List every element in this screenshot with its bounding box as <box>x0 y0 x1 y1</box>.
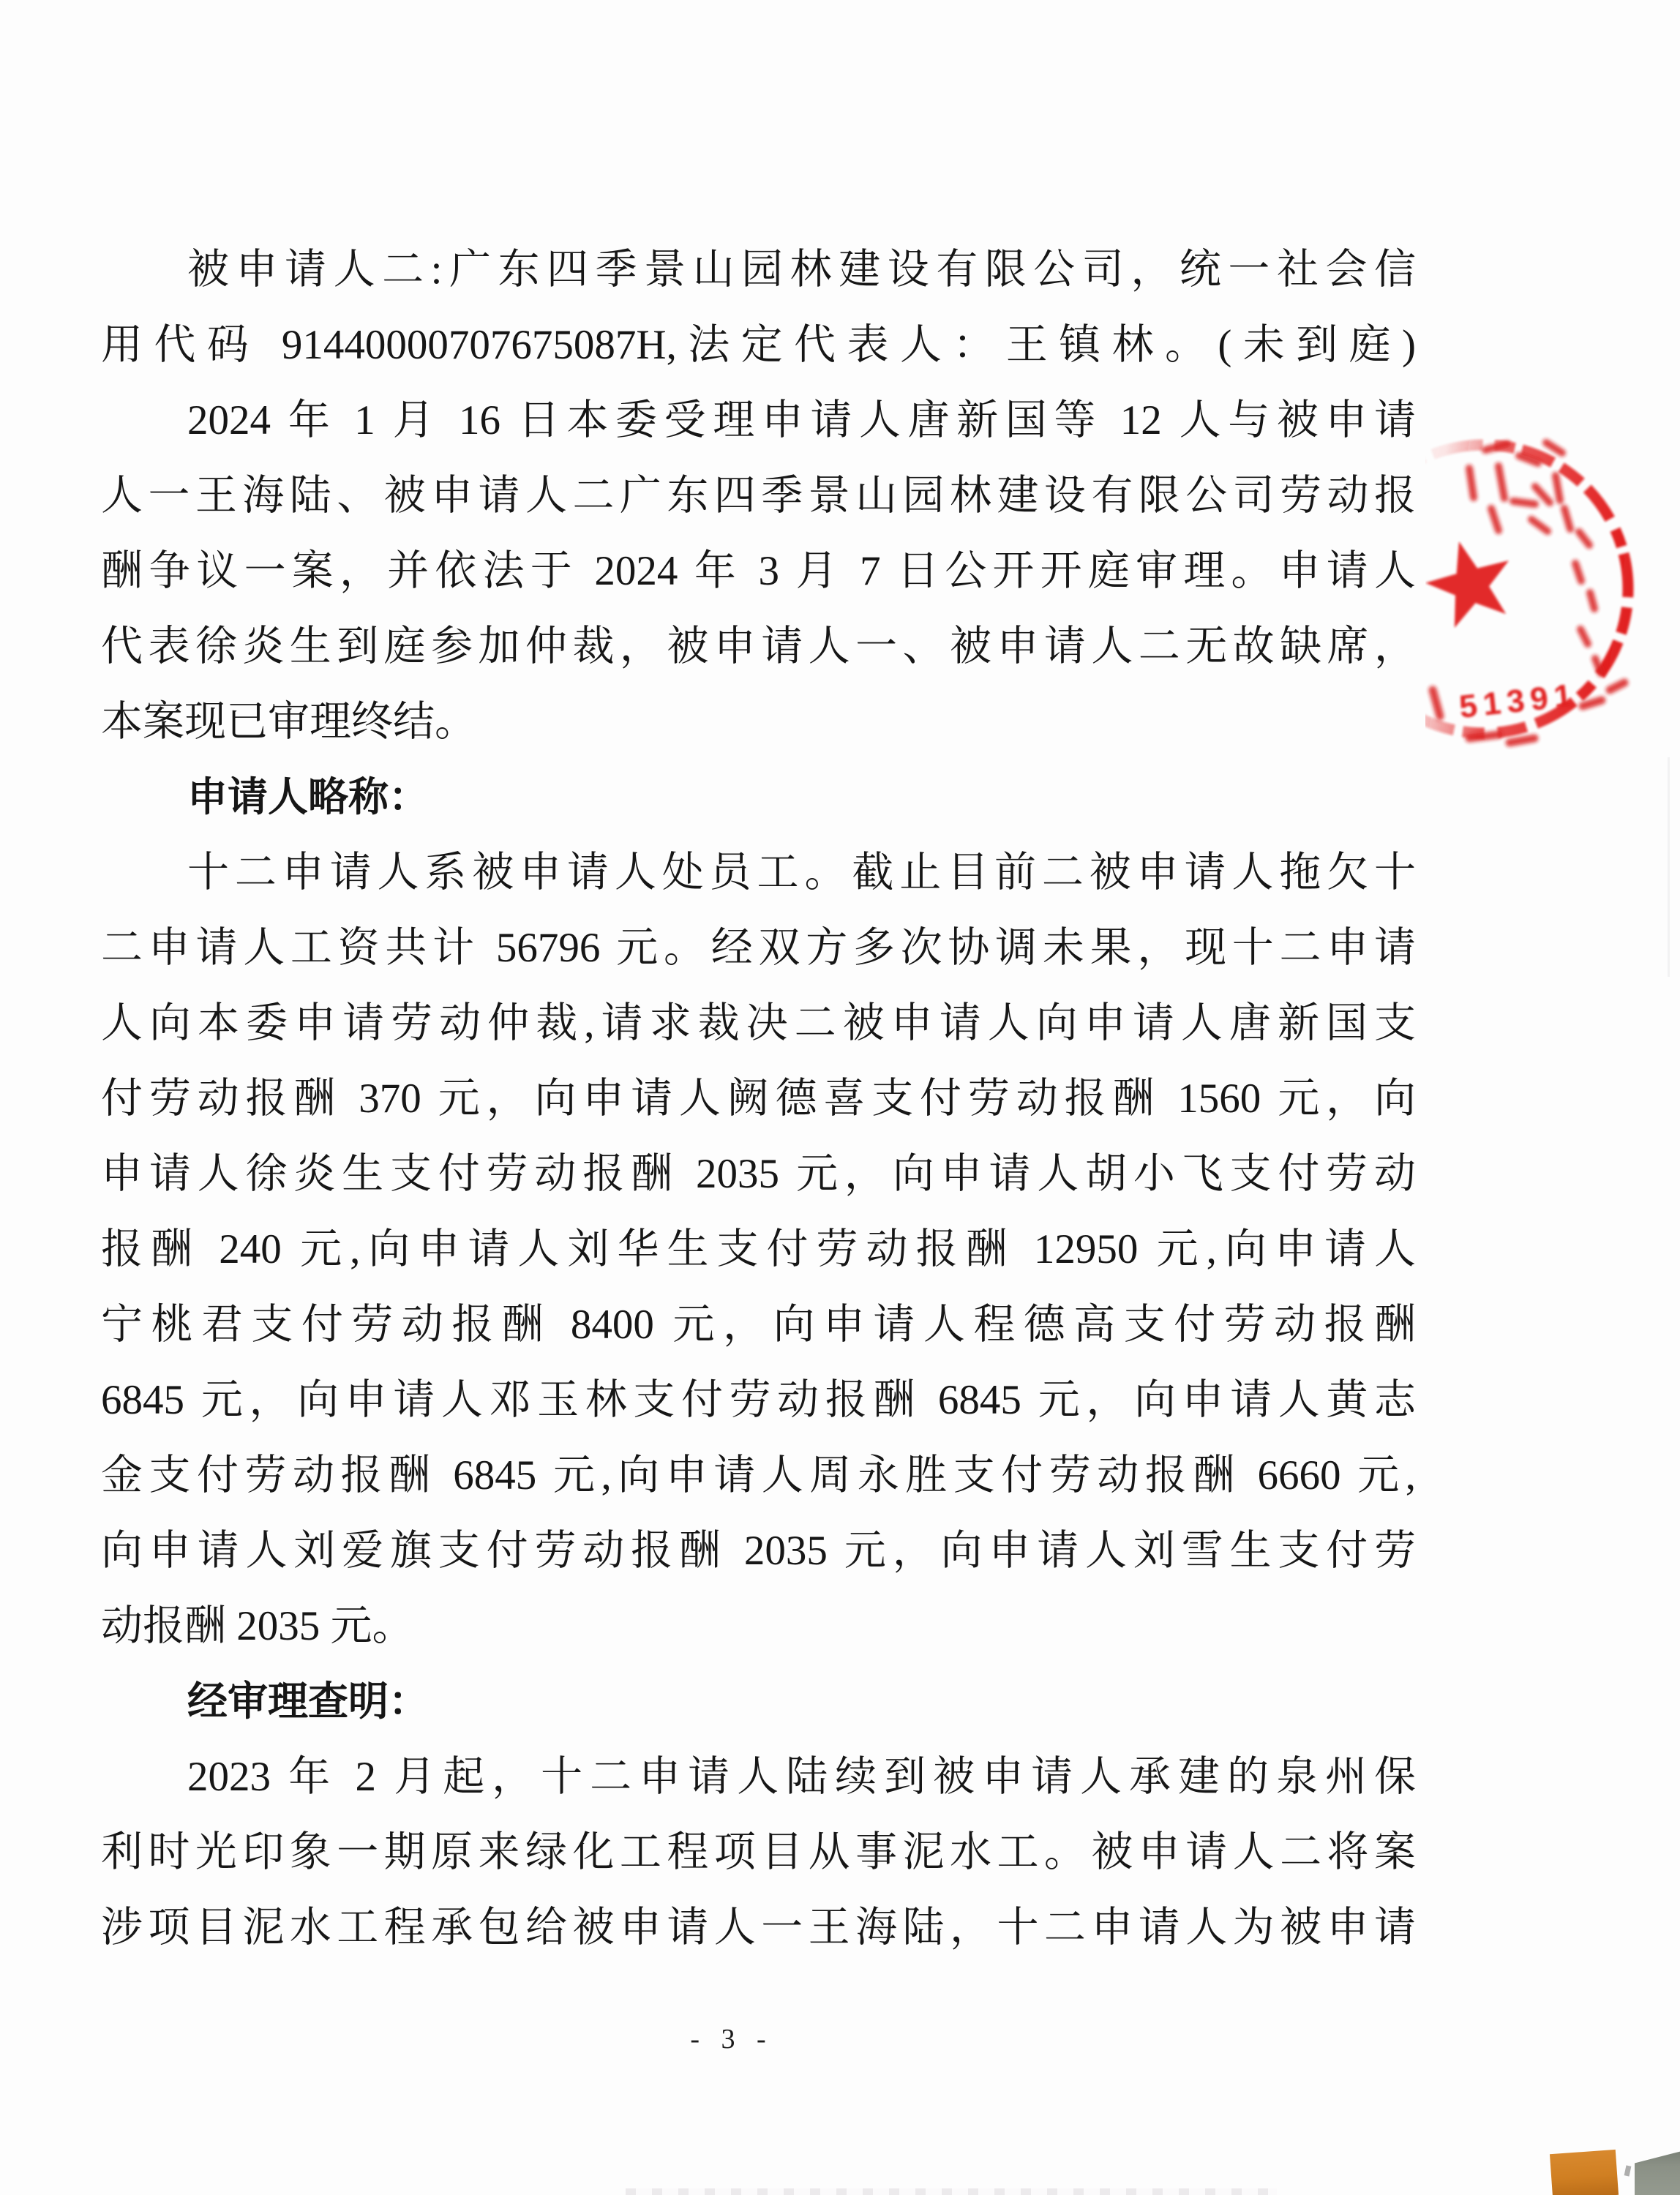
page-number: - 3 - <box>629 2023 834 2055</box>
doc-line: 金支付劳动报酬 6845 元,向申请人周永胜支付劳动报酬 6660 元, <box>101 1438 1416 1513</box>
doc-line: 2024 年 1 月 16 日本委受理申请人唐新国等 12 人与被申请 <box>101 383 1416 458</box>
doc-line: 向申请人刘爱旗支付劳动报酬 2035 元，向申请人刘雪生支付劳 <box>101 1513 1416 1588</box>
doc-line: 本案现已审理终结。 <box>101 684 1416 759</box>
doc-line: 二申请人工资共计 56796 元。经双方多次协调未果，现十二申请 <box>101 910 1416 986</box>
doc-line: 利时光印象一期原来绿化工程项目从事泥水工。被申请人二将案 <box>101 1815 1416 1890</box>
seal-rim <box>1425 427 1647 750</box>
doc-line: 申请人徐炎生支付劳动报酬 2035 元，向申请人胡小飞支付劳动 <box>101 1136 1416 1212</box>
corner-speck <box>1624 2165 1632 2176</box>
doc-line: 动报酬 2035 元。 <box>101 1588 1416 1664</box>
doc-line: 酬争议一案，并依法于 2024 年 3 月 7 日公开开庭审理。申请人 <box>101 533 1416 609</box>
doc-line: 报酬 240 元,向申请人刘华生支付劳动报酬 12950 元,向申请人 <box>101 1212 1416 1287</box>
seal-digits: 51391 <box>1458 677 1580 725</box>
doc-line: 涉项目泥水工程承包给被申请人一王海陆，十二申请人为被申请 <box>101 1890 1416 1965</box>
doc-line: 6845 元，向申请人邓玉林支付劳动报酬 6845 元，向申请人黄志 <box>101 1362 1416 1438</box>
corner-gray-object <box>1635 2147 1680 2195</box>
section-heading-findings: 经审理查明： <box>101 1664 1416 1739</box>
seal-serial: 51391 <box>1433 677 1624 743</box>
doc-line: 代表徐炎生到庭参加仲裁，被申请人一、被申请人二无故缺席， <box>101 609 1416 684</box>
doc-line: 2023 年 2 月起，十二申请人陆续到被申请人承建的泉州保 <box>101 1739 1416 1815</box>
doc-line: 用代码 91440000707675087H,法定代表人：王镇林。(未到庭) <box>101 307 1416 383</box>
doc-line: 宁桃君支付劳动报酬 8400 元，向申请人程德高支付劳动报酬 <box>101 1287 1416 1362</box>
section-heading-applicants: 申请人略称： <box>101 759 1416 835</box>
doc-line: 人向本委申请劳动仲裁,请求裁决二被申请人向申请人唐新国支 <box>101 986 1416 1061</box>
official-seal: 51391 <box>1425 399 1680 750</box>
scanned-document-page: 被申请人二:广东四季景山园林建设有限公司，统一社会信 用代码 914400007… <box>0 0 1680 2195</box>
document-text-block: 被申请人二:广东四季景山园林建设有限公司，统一社会信 用代码 914400007… <box>101 232 1416 1965</box>
corner-orange-object <box>1550 2150 1619 2195</box>
doc-line: 被申请人二:广东四季景山园林建设有限公司，统一社会信 <box>101 232 1416 307</box>
scan-artifact-strip <box>626 2188 1277 2195</box>
doc-line: 人一王海陆、被申请人二广东四季景山园林建设有限公司劳动报 <box>101 458 1416 533</box>
star-icon <box>1425 530 1522 632</box>
doc-line: 付劳动报酬 370 元，向申请人阙德喜支付劳动报酬 1560 元，向 <box>101 1061 1416 1136</box>
doc-line: 十二申请人系被申请人处员工。截止目前二被申请人拖欠十 <box>101 835 1416 910</box>
seal-text-fragments <box>1469 443 1601 673</box>
paper-crease <box>1668 757 1670 977</box>
